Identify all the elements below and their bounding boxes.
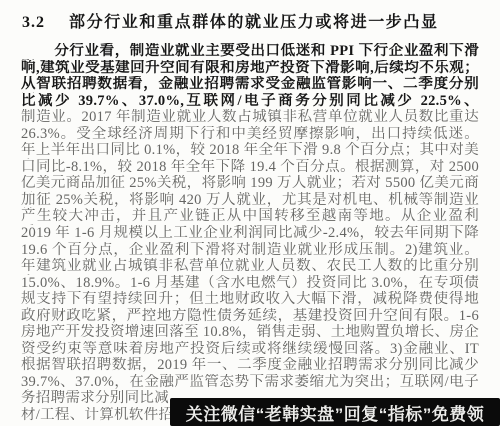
text-line: 年建筑业就业占城镇非私营单位就业人员数、农民工人数的比重分别为 [21,258,479,275]
section-number: 3.2 [22,13,45,33]
text-line: 规支持下有望持续回升；但土地财政收入大幅下滑，减税降费使得地方 [21,291,479,308]
text-line: 分行业看，制造业就业主要受出口低迷和 PPI 下行企业盈利下滑影 [21,43,479,60]
text-line: 资受约束等意味着房地产投资后续或将继续缓慢回落。3)金融业、IT 业。 [21,341,479,358]
text-line: 26.3%。受全球经济周期下行和中美经贸摩擦影响，出口持续低迷。2019 [21,126,479,143]
text-line: 2019 年 1-6 月规模以上工业企业利润同比减少-2.4%，较去年同期下降 [21,225,479,242]
text-line: 产生较大冲击，并且产业链正从中国转移至越南等地。从企业盈利看， [21,208,479,225]
text-line: 制造业。2017 年制造业就业人数占城镇非私营单位就业人员数比重达 [21,109,479,126]
paragraph-body: 分行业看，制造业就业主要受出口低迷和 PPI 下行企业盈利下滑影 响,建筑业受基… [21,43,479,424]
text-line: 响,建筑业受基建回升空间有限和房地产投资下滑影响,后续均不乐观； [21,60,479,77]
promo-banner-text: 关注微信“老韩实盘”回复“指标”免费领 [186,400,485,425]
document-page: 3.2 部分行业和重点群体的就业压力或将进一步凸显 分行业看，制造业就业主要受出… [0,0,500,426]
promo-banner[interactable]: 关注微信“老韩实盘”回复“指标”免费领 [170,398,500,426]
text-line: 39.7%、37.0%，在金融严监管态势下需求萎缩尤为突出；互联网/电子商 [21,374,479,391]
text-line: 根据智联招聘数据，2019 年一、二季度金融业招聘需求分别同比减少 [21,357,479,374]
text-line: 亿美元商品加征 25%关税，将影响 199 万人就业；若对 5500 亿美元商品 [21,175,479,192]
text-line: 15.0%、18.9%。1-6 月基建（含水电燃气）投资同比 3.0%，在专项债… [21,275,479,292]
text-line: 比减少 39.7%、37.0%,互联网/电子商务分别同比减少 22.5%、13.… [21,93,479,110]
text-segment-bold: 比减少 39.7%、37.0%,互联网/电子商务分别同比减少 22.5%、13.… [21,93,479,110]
text-line: 政府财政吃紧，严控地方隐性债务延续，基建投资回升空间有限。1-6 月 [21,308,479,325]
text-line: 加征 25%关税，将影响 420 万人就业，尤其是对机电、机械等制造业就业 [21,192,479,209]
text-line: 年上半年出口同比 0.1%，较 2018 年全年下滑 9.8 个百分点；其中对美… [21,142,479,159]
text-line: 19.6 个百分点，企业盈利下滑将对制造业就业形成压制。2)建筑业。2017 [21,242,479,259]
section-title: 部分行业和重点群体的就业压力或将进一步凸显 [69,13,439,33]
text-line: 从智联招聘数据看，金融业招聘需求受金融监管影响一、二季度分别同 [21,76,479,93]
section-heading: 3.2 部分行业和重点群体的就业压力或将进一步凸显 [22,13,479,33]
text-line: 口同比-8.1%，较 2018 年全年下降 19.4 个百分点。根据测算，对 2… [21,159,479,176]
text-line: 房地产开发投资增速回落至 10.8%，销售走弱、土地购置负增长、房企融 [21,324,479,341]
